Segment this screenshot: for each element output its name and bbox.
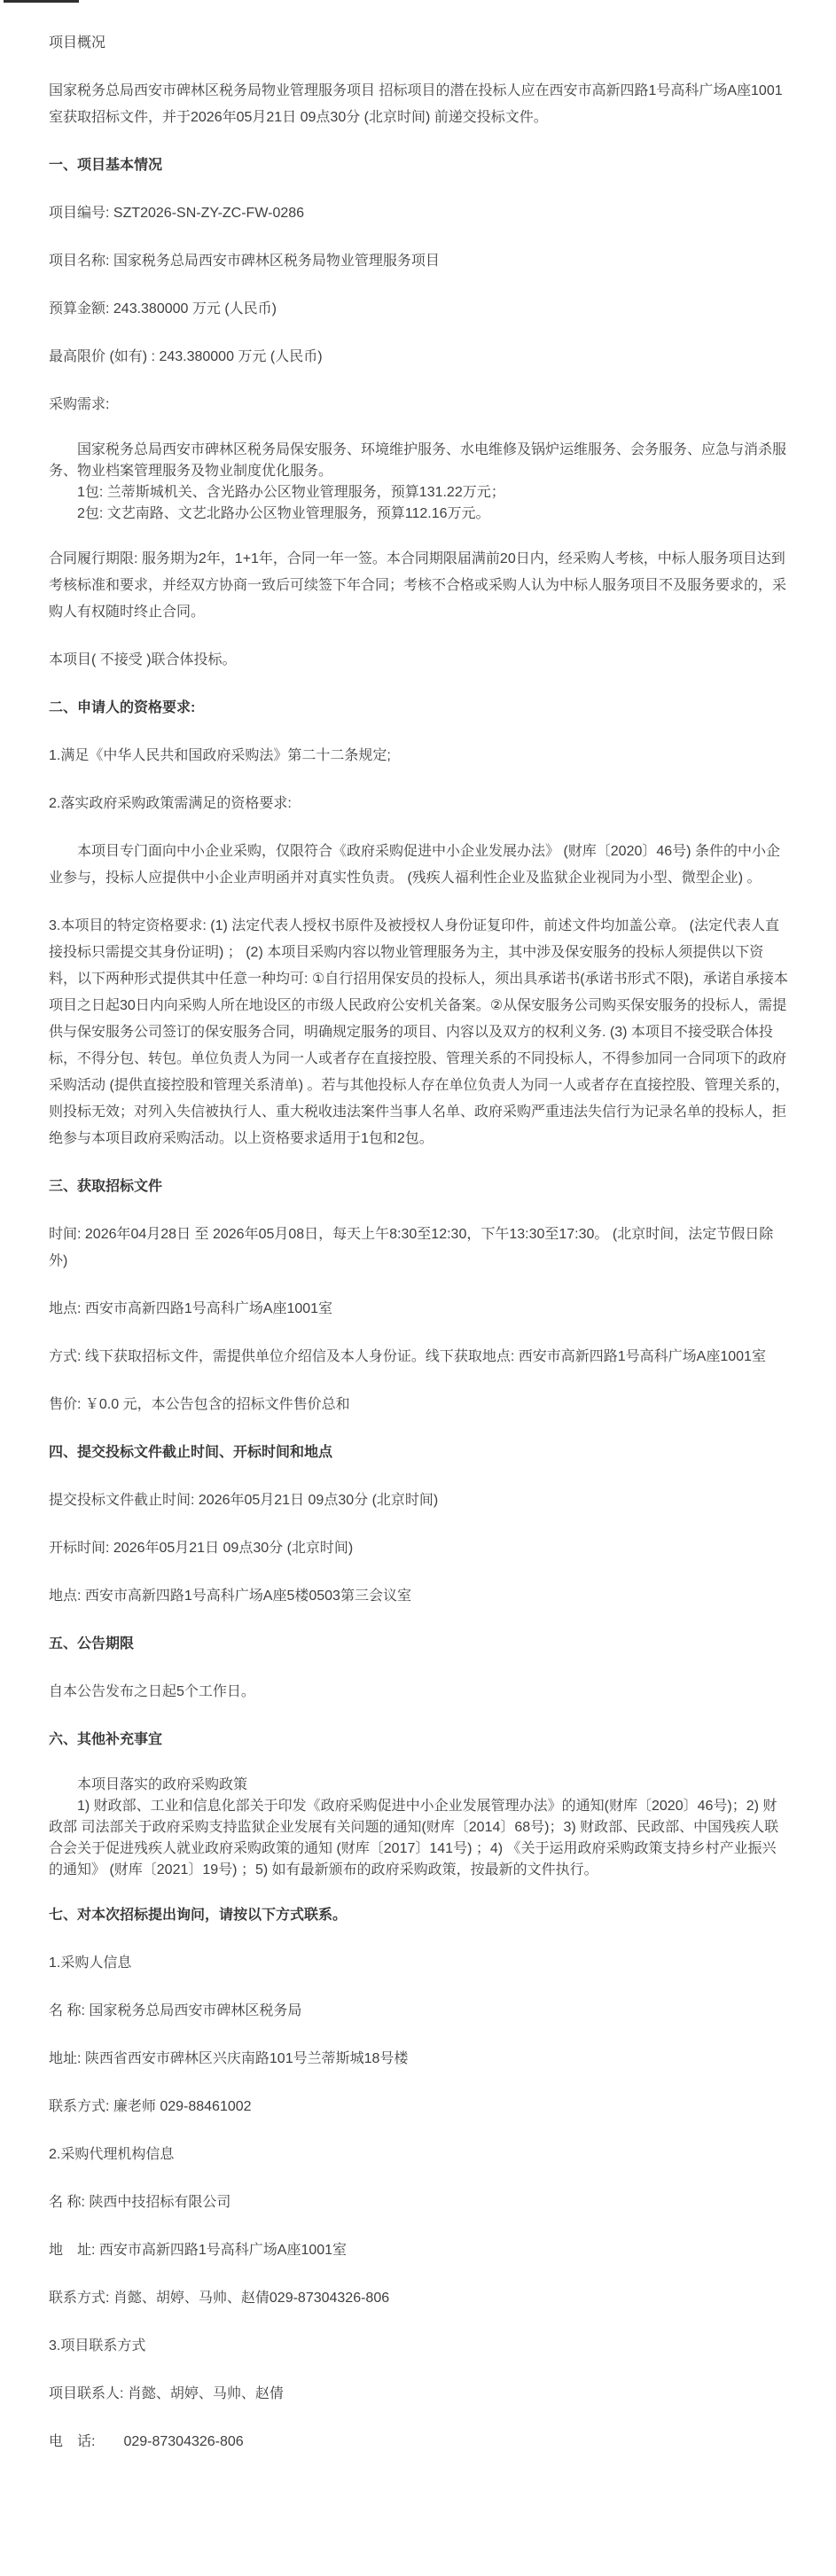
section-qualification-heading: 二、申请人的资格要求: xyxy=(49,695,790,722)
purchaser-label: 1.采购人信息 xyxy=(49,1950,790,1977)
obtain-method: 方式: 线下获取招标文件，需提供单位介绍信及本人身份证。线下获取地点: 西安市高… xyxy=(49,1344,790,1370)
project-contact-label: 3.项目联系方式 xyxy=(49,2333,790,2360)
opening-time: 开标时间: 2026年05月21日 09点30分 (北京时间) xyxy=(49,1535,790,1562)
project-contact-phone: 电 话: 029-87304326-806 xyxy=(49,2429,790,2455)
policy-group: 本项目落实的政府采购政策 1) 财政部、工业和信息化部关于印发《政府采购促进中小… xyxy=(49,1775,790,1881)
obtain-place: 地点: 西安市高新四路1号高科广场A座1001室 xyxy=(49,1296,790,1323)
demand-summary: 国家税务总局西安市碑林区税务局保安服务、环境维护服务、水电维修及锅炉运维服务、会… xyxy=(49,440,790,482)
package-1: 1包: 兰蒂斯城机关、含光路办公区物业管理服务，预算131.22万元； xyxy=(49,482,790,503)
joint-bid-note: 本项目( 不接受 )联合体投标。 xyxy=(49,647,790,674)
agency-name: 名 称: 陕西中技招标有限公司 xyxy=(49,2190,790,2216)
overview-title: 项目概况 xyxy=(49,30,790,57)
section-submission-heading: 四、提交投标文件截止时间、开标时间和地点 xyxy=(49,1440,790,1466)
qualification-item-2: 2.落实政府采购政策需满足的资格要求: xyxy=(49,791,790,817)
section-basic-heading: 一、项目基本情况 xyxy=(49,152,790,179)
project-contact-person: 项目联系人: 肖懿、胡婷、马帅、赵倩 xyxy=(49,2381,790,2408)
policy-intro: 本项目落实的政府采购政策 xyxy=(49,1775,790,1796)
top-edge-artifact xyxy=(4,0,79,3)
demand-label: 采购需求: xyxy=(49,392,790,418)
package-2: 2包: 文艺南路、文艺北路办公区物业管理服务，预算112.16万元。 xyxy=(49,503,790,525)
project-name: 项目名称: 国家税务总局西安市碑林区税务局物业管理服务项目 xyxy=(49,248,790,275)
announcement-document: 项目概况 国家税务总局西安市碑林区税务局物业管理服务项目 招标项目的潜在投标人应… xyxy=(49,0,790,2455)
obtain-price: 售价: ￥0.0 元，本公告包含的招标文件售价总和 xyxy=(49,1392,790,1418)
overview-body: 国家税务总局西安市碑林区税务局物业管理服务项目 招标项目的潜在投标人应在西安市高… xyxy=(49,78,790,131)
obtain-time: 时间: 2026年04月28日 至 2026年05月08日，每天上午8:30至1… xyxy=(49,1222,790,1275)
qualification-item-2-detail: 本项目专门面向中小企业采购，仅限符合《政府采购促进中小企业发展办法》 (财库〔2… xyxy=(49,839,790,892)
section-other-heading: 六、其他补充事宜 xyxy=(49,1727,790,1753)
purchaser-address: 地址: 陕西省西安市碑林区兴庆南路101号兰蒂斯城18号楼 xyxy=(49,2046,790,2073)
qualification-item-1: 1.满足《中华人民共和国政府采购法》第二十二条规定; xyxy=(49,743,790,769)
demand-detail-group: 国家税务总局西安市碑林区税务局保安服务、环境维护服务、水电维修及锅炉运维服务、会… xyxy=(49,440,790,525)
agency-contact: 联系方式: 肖懿、胡婷、马帅、赵倩029-87304326-806 xyxy=(49,2285,790,2312)
agency-label: 2.采购代理机构信息 xyxy=(49,2142,790,2168)
section-period-heading: 五、公告期限 xyxy=(49,1631,790,1658)
agency-address: 地 址: 西安市高新四路1号高科广场A座1001室 xyxy=(49,2237,790,2264)
purchaser-name: 名 称: 国家税务总局西安市碑林区税务局 xyxy=(49,1998,790,2025)
period-body: 自本公告发布之日起5个工作日。 xyxy=(49,1679,790,1706)
submission-deadline: 提交投标文件截止时间: 2026年05月21日 09点30分 (北京时间) xyxy=(49,1487,790,1514)
project-number: 项目编号: SZT2026-SN-ZY-ZC-FW-0286 xyxy=(49,200,790,227)
budget-amount: 预算金额: 243.380000 万元 (人民币) xyxy=(49,296,790,323)
opening-place: 地点: 西安市高新四路1号高科广场A座5楼0503第三会议室 xyxy=(49,1583,790,1610)
section-contact-heading: 七、对本次招标提出询问，请按以下方式联系。 xyxy=(49,1902,790,1929)
purchaser-contact: 联系方式: 廉老师 029-88461002 xyxy=(49,2094,790,2120)
policy-detail: 1) 财政部、工业和信息化部关于印发《政府采购促进中小企业发展管理办法》的通知(… xyxy=(49,1796,790,1881)
contract-term: 合同履行期限: 服务期为2年，1+1年，合同一年一签。本合同期限届满前20日内，… xyxy=(49,546,790,626)
section-obtain-heading: 三、获取招标文件 xyxy=(49,1174,790,1200)
max-price: 最高限价 (如有) : 243.380000 万元 (人民币) xyxy=(49,344,790,371)
qualification-item-3: 3.本项目的特定资格要求: (1) 法定代表人授权书原件及被授权人身份证复印件，… xyxy=(49,913,790,1152)
